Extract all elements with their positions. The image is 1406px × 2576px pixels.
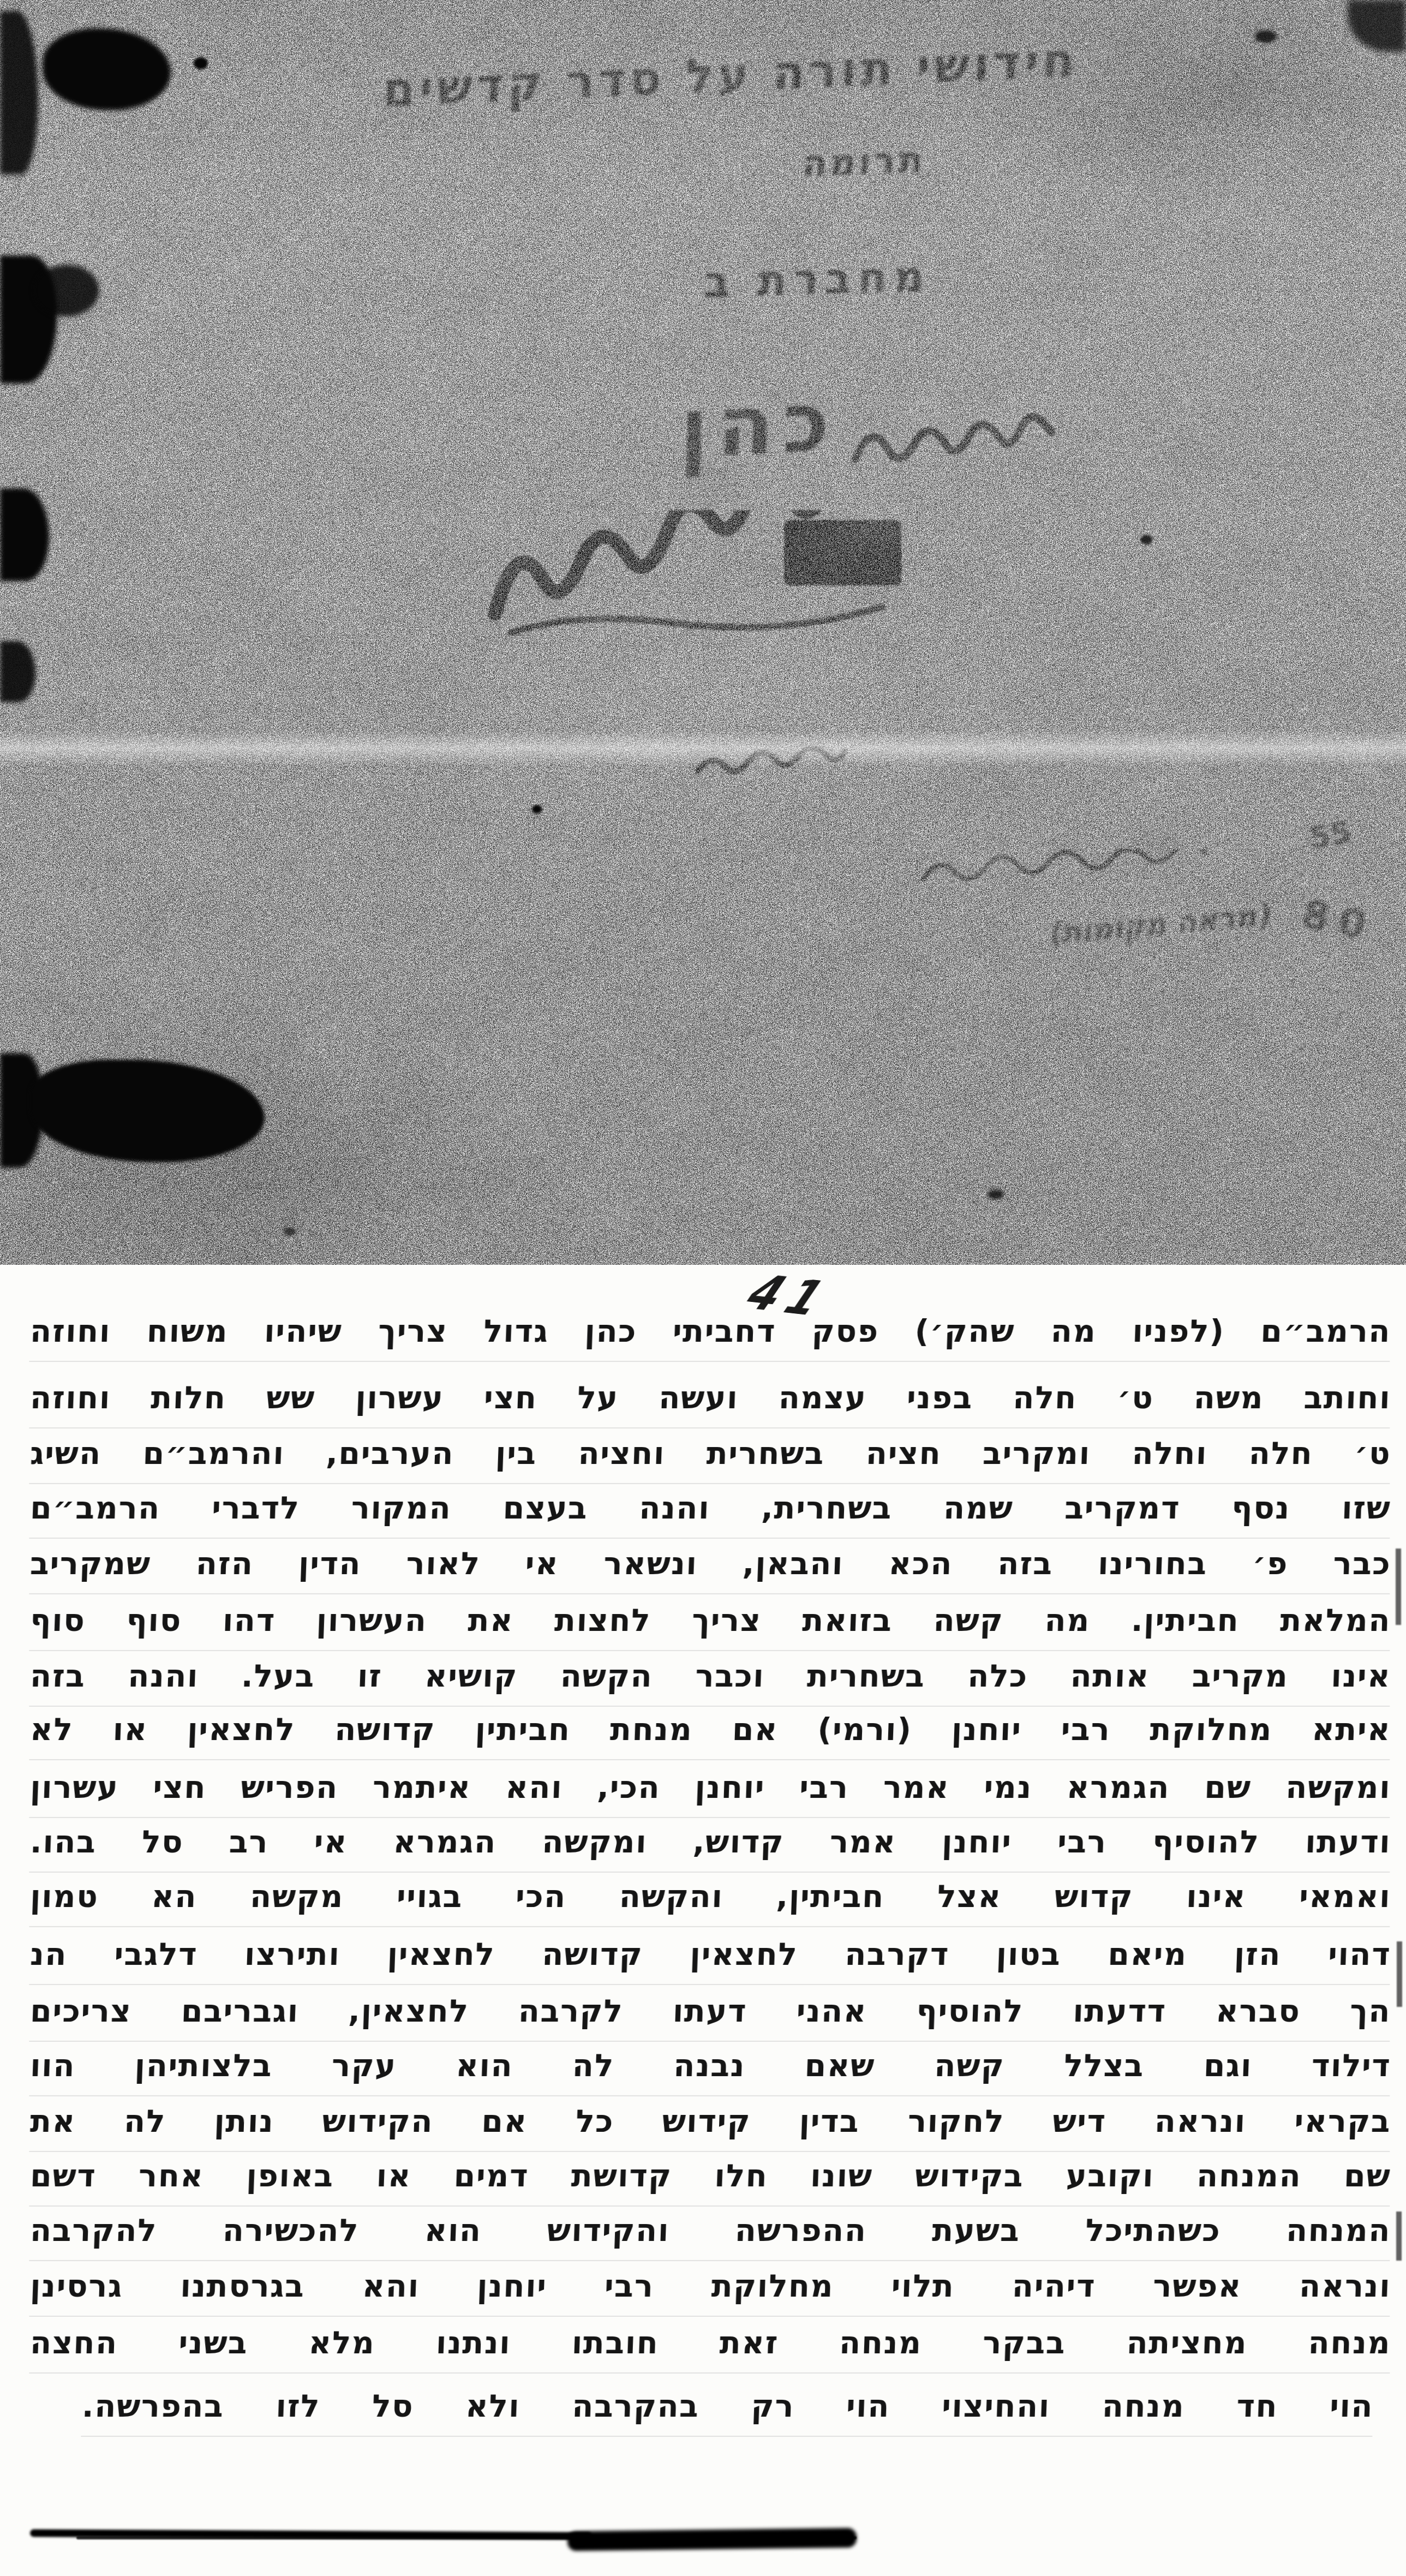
manuscript-line: דהוי הזן מיאם בטון דקרבה לחצאין קדושה לח… — [29, 1932, 1391, 1985]
manuscript-line: ודעתו להוסיף רבי יוחנן אמר קדוש, ומקשה ה… — [29, 1819, 1391, 1873]
speck-5 — [988, 1190, 1004, 1199]
cover-page: חידושי תורה על סדר קדשים תרומה מחברת ב כ… — [0, 0, 1406, 1265]
cover-annotation-55: 55 — [1306, 814, 1354, 857]
speck-6 — [284, 1228, 296, 1235]
faint-note-scribble — [915, 849, 1226, 898]
manuscript-line: וחותב משה ט׳ חלה בפני עצמה ועשה על חצי ע… — [29, 1375, 1391, 1429]
manuscript-line: שזו נסף דמקריב שמה בשחרית, והנה בעצם המק… — [29, 1485, 1391, 1539]
manuscript-line: הרמב״ם (לפניו מה שהק׳) פסק דחביתי כהן גד… — [29, 1308, 1391, 1362]
manuscript-line: ואמאי אינו קדוש אצל חביתין, והקשה הכי בג… — [29, 1874, 1391, 1927]
manuscript-line: אינו מקריב אותה כלה בשחרית וכבר הקשה קוש… — [29, 1653, 1391, 1707]
speck-1 — [194, 57, 208, 69]
edge-scan-mark-3 — [1396, 2212, 1402, 2261]
manuscript-line: המלאת חביתין. מה קשה בזואת צריך לחצות את… — [29, 1598, 1391, 1651]
manuscript-line: המנחה כשהתיכל בשעת ההפרשה והקידוש הוא לה… — [29, 2208, 1391, 2261]
manuscript-line: ונראה אפשר דיהיה תלוי מחלוקת רבי יוחנן ו… — [29, 2263, 1391, 2317]
cover-notebook-label: מחברת ב — [703, 252, 933, 307]
name-scribble — [849, 410, 1068, 492]
cover-owner-name: כהן — [679, 372, 839, 477]
binding-strip-4 — [0, 641, 35, 702]
speck-2 — [1255, 30, 1277, 43]
manuscript-line: איתא מחלוקת רבי יוחנן (ורמי) אם מנחת חבי… — [29, 1707, 1391, 1760]
scanned-document: חידושי תורה על סדר קדשים תרומה מחברת ב כ… — [0, 0, 1406, 2576]
fold-crease — [0, 730, 1406, 766]
scan-shadow-streak-line — [76, 2536, 857, 2539]
edge-scan-mark-1 — [1396, 1549, 1401, 1625]
manuscript-line: מנחה מחציתה בבקר מנחה זאת חובתו ונתנו מל… — [29, 2320, 1391, 2374]
speck-3 — [532, 805, 542, 814]
binding-strip-2b — [34, 265, 99, 316]
manuscript-line: דילוד וגם בצלל קשה שאם נבנה לה הוא עקר ב… — [29, 2043, 1391, 2096]
manuscript-line: שם המנחה וקובע בקידוש שונו חלו קדושת דמי… — [29, 2153, 1391, 2207]
speck-4 — [1140, 535, 1152, 545]
manuscript-page: 41 הרמב״ם (לפניו מה שהק׳) פסק דחביתי כהן… — [0, 1265, 1406, 2576]
manuscript-line: הוי חד מנחה והחיצוי הוי רק בהקרבה ולא סל… — [81, 2383, 1374, 2437]
manuscript-line: בקראי ונראה דיש לחקור בדין קידוש כל אם ה… — [29, 2099, 1391, 2152]
cover-subject: תרומה — [801, 139, 928, 185]
manuscript-line: ט׳ חלה וחלה ומקריב חציה בשחרית וחציה בין… — [29, 1431, 1391, 1484]
large-scrawl — [478, 510, 920, 647]
manuscript-line: הך סברא דדעתו להוסיף אהני דעתו לקרבה לחצ… — [29, 1988, 1391, 2042]
manuscript-line: ומקשה שם הגמרא נמי אמר רבי יוחנן הכי, וה… — [29, 1765, 1391, 1818]
edge-scan-mark-2 — [1397, 1941, 1402, 2007]
scan-shadow-streak-thick — [567, 2528, 857, 2551]
manuscript-line: כבר פ׳ בחורינו בזה הכא והבאן, ונשאר אי ל… — [29, 1541, 1391, 1594]
